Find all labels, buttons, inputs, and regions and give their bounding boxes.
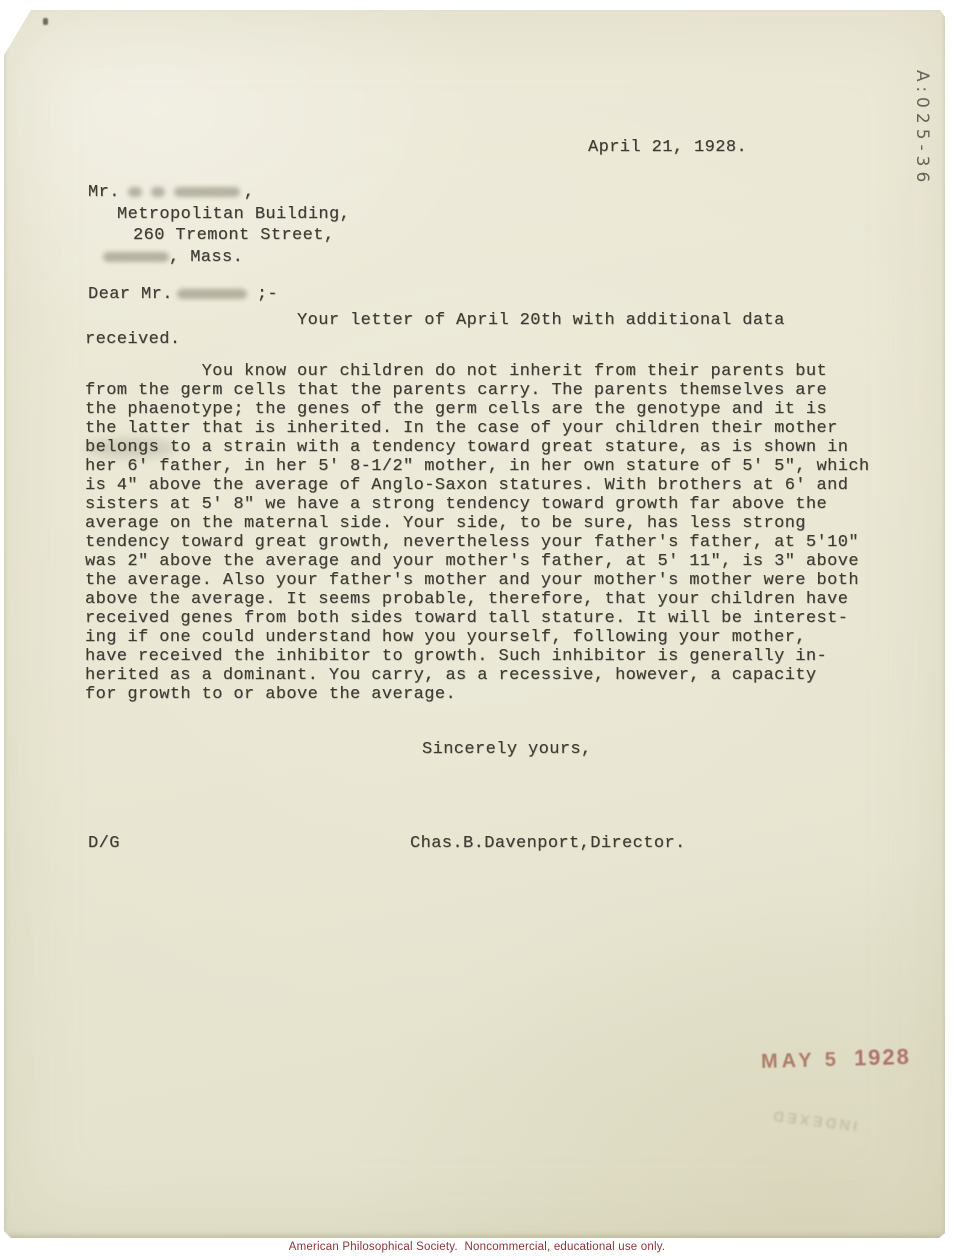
paragraph-main: You know our children do not inherit fro… (85, 362, 870, 704)
letter-date: April 21, 1928. (588, 138, 747, 157)
recipient-state: , Mass. (169, 248, 243, 267)
redacted-recipient-initial (128, 187, 142, 197)
recipient-city-line: , Mass. (103, 247, 350, 269)
letter-scan-paper: A:025-36 April 21, 1928. Mr., Metropolit… (4, 10, 945, 1238)
salutation-line: Dear Mr.;- (88, 285, 278, 304)
scanned-letter-page: { "page": { "background_color": "#ffffff… (0, 0, 954, 1260)
recipient-building: Metropolitan Building, (117, 204, 350, 226)
paragraph-opening: Your letter of April 20th with additiona… (85, 311, 785, 349)
archival-side-label: A:025-36 (912, 70, 932, 187)
recipient-title: Mr. (88, 183, 120, 202)
ink-speck (43, 18, 48, 25)
stamp-month-day: MAY 5 (761, 1049, 840, 1073)
redacted-recipient-surname (174, 187, 240, 197)
typist-initials: D/G (88, 834, 120, 853)
closing-valediction: Sincerely yours, (422, 740, 592, 759)
salutation-suffix: ;- (257, 285, 278, 304)
stamp-year: 1928 (854, 1044, 912, 1070)
footer-credit: American Philosophical Society. Noncomme… (0, 1241, 954, 1253)
date-received-stamp: MAY 51928 (761, 1044, 912, 1074)
recipient-name-line: Mr., (88, 182, 350, 204)
signature-line: Chas.B.Davenport,Director. (410, 834, 686, 853)
recipient-line-comma: , (244, 183, 255, 202)
indexed-stamp: INDEXED (769, 1107, 858, 1135)
salutation-prefix: Dear Mr. (88, 285, 173, 304)
recipient-address: Mr., Metropolitan Building, 260 Tremont … (88, 182, 350, 268)
redacted-recipient-initial (151, 187, 165, 197)
redacted-recipient-city (103, 252, 169, 262)
redacted-salutation-name (177, 289, 247, 299)
recipient-street: 260 Tremont Street, (133, 225, 350, 247)
